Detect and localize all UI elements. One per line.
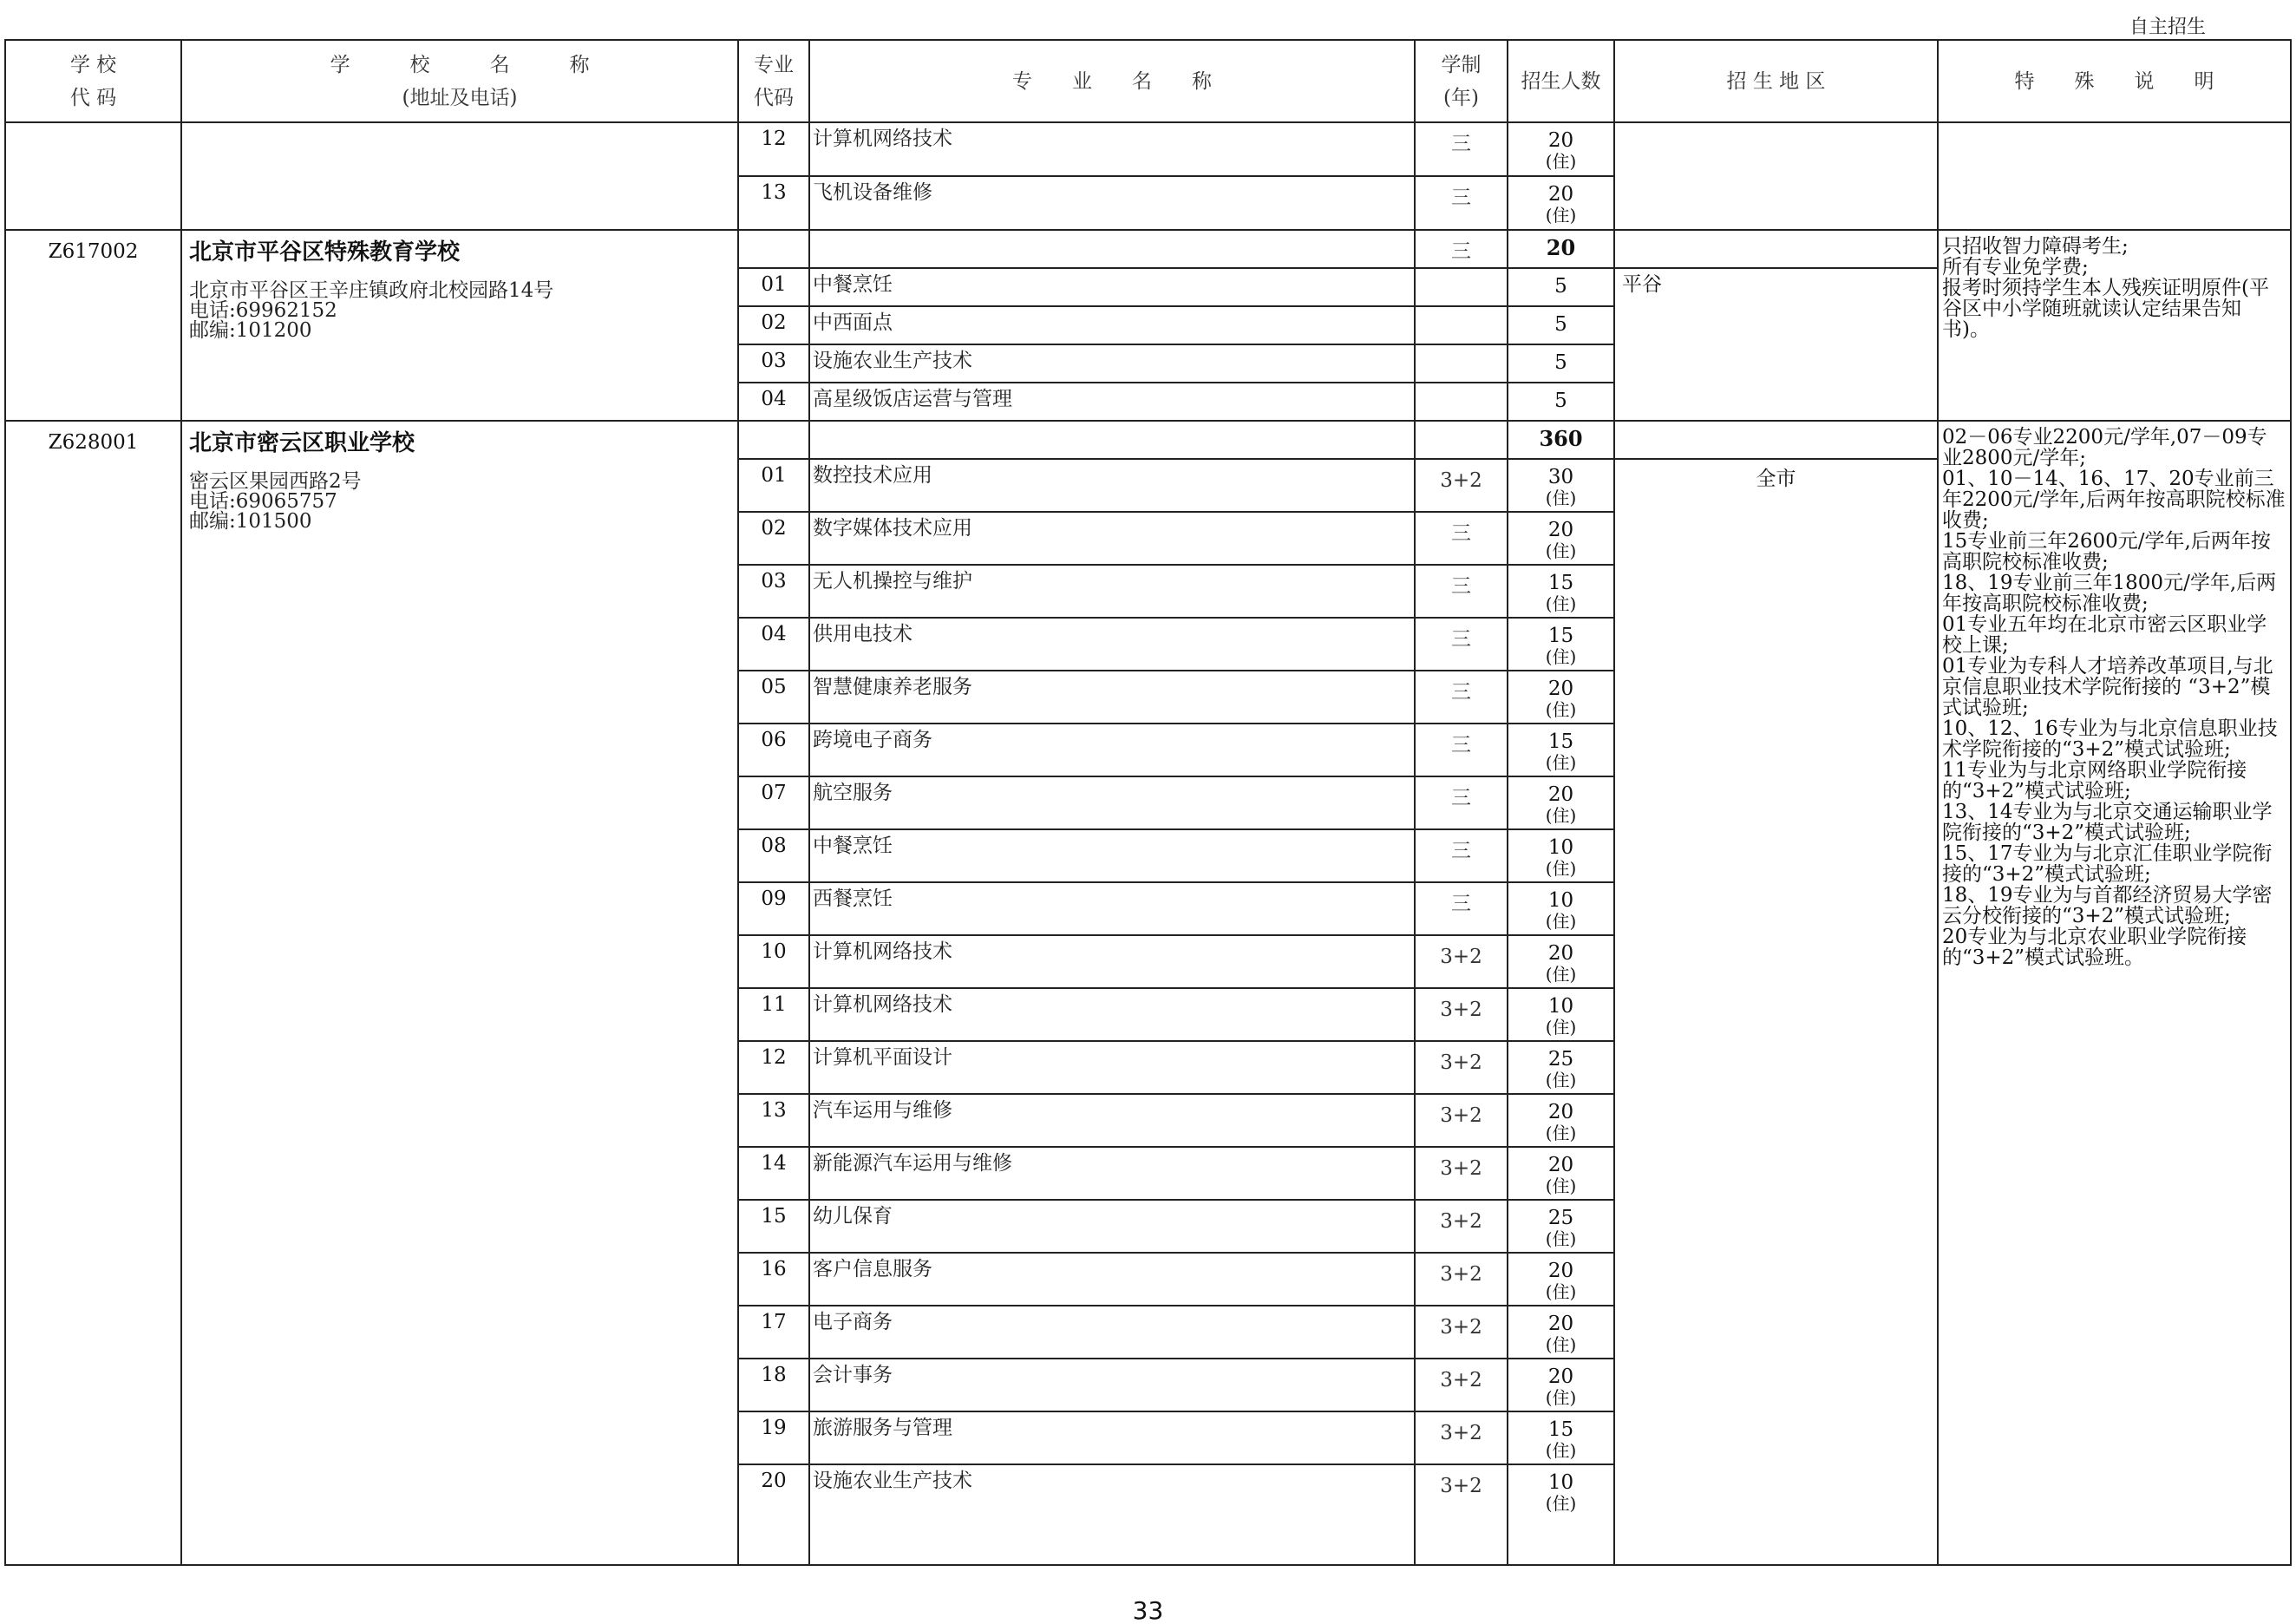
school-postcode: 邮编:101500 (189, 512, 730, 532)
major-name: 旅游服务与管理 (809, 1411, 1415, 1464)
enrollment-cell: 25(住) (1508, 1041, 1614, 1094)
school-code-cell (5, 122, 181, 230)
note-line: 02－06专业2200元/学年,07－09专业2800元/学年; (1942, 427, 2286, 468)
major-name: 中餐烹饪 (809, 829, 1415, 882)
enrollment-count: 25 (1548, 1207, 1573, 1229)
school-info: 北京市密云区职业学校密云区果园西路2号电话:69065757邮编:101500 (181, 421, 738, 1565)
enrollment-cell: 10(住) (1508, 882, 1614, 935)
enrollment-count: 20 (1548, 1365, 1573, 1388)
enrollment-count: 20 (1548, 1313, 1573, 1335)
note-line: 所有专业免学费; (1942, 257, 2286, 278)
enrollment-cell: 20(住) (1508, 176, 1614, 230)
enrollment-count: 20 (1548, 783, 1573, 806)
enrollment-cell: 20(住) (1508, 1094, 1614, 1147)
major-name: 客户信息服务 (809, 1253, 1415, 1306)
boarding-mark: (住) (1508, 752, 1613, 773)
major-code: 19 (738, 1411, 809, 1464)
enrollment-count: 10 (1548, 995, 1573, 1018)
enrollment-count: 10 (1548, 1471, 1573, 1494)
boarding-mark: (住) (1508, 858, 1613, 879)
duration: 三 (1415, 618, 1508, 671)
major-code: 05 (738, 671, 809, 724)
major-name: 计算机网络技术 (809, 122, 1415, 176)
duration: 3+2 (1415, 1359, 1508, 1411)
enrollment-cell: 15(住) (1508, 565, 1614, 618)
duration: 3+2 (1415, 1411, 1508, 1464)
boarding-mark: (住) (1508, 1017, 1613, 1038)
enrollment-count: 15 (1548, 730, 1573, 753)
header-duration: 学制(年) (1415, 40, 1508, 122)
note-line: 15、17专业为与北京汇佳职业学院衔接的“3+2”模式试验班; (1942, 843, 2286, 885)
enrollment-count: 20 (1548, 129, 1573, 152)
enrollment-count: 10 (1548, 836, 1573, 859)
major-name: 数字媒体技术应用 (809, 512, 1415, 565)
boarding-mark: (住) (1508, 1175, 1613, 1196)
enrollment-cell: 5 (1508, 268, 1614, 306)
duration: 3+2 (1415, 1147, 1508, 1200)
note-line: 11专业为与北京网络职业学院衔接的“3+2”模式试验班; (1942, 760, 2286, 802)
enrollment-cell: 20(住) (1508, 935, 1614, 988)
enrollment-cell: 5 (1508, 344, 1614, 383)
notes-cell (1938, 122, 2291, 230)
enrollment-count: 30 (1548, 466, 1573, 488)
major-code: 16 (738, 1253, 809, 1306)
major-code: 17 (738, 1306, 809, 1359)
header-major-code: 专业代码 (738, 40, 809, 122)
school-total-row: Z617002北京市平谷区特殊教育学校北京市平谷区王辛庄镇政府北校园路14号电话… (5, 230, 2291, 268)
enrollment-cell: 15(住) (1508, 1411, 1614, 1464)
enrollment-cell: 20(住) (1508, 671, 1614, 724)
boarding-mark: (住) (1508, 540, 1613, 561)
header-region: 招 生 地 区 (1614, 40, 1938, 122)
major-name: 电子商务 (809, 1306, 1415, 1359)
major-name: 汽车运用与维修 (809, 1094, 1415, 1147)
enrollment-cell: 25(住) (1508, 1200, 1614, 1253)
boarding-mark: (住) (1508, 1281, 1613, 1302)
boarding-mark: (住) (1508, 1387, 1613, 1408)
major-code: 02 (738, 512, 809, 565)
duration: 三 (1415, 512, 1508, 565)
school-address-block: 密云区果园西路2号电话:69065757邮编:101500 (189, 472, 730, 532)
duration: 三 (1415, 776, 1508, 829)
total-enrollment: 360 (1539, 426, 1582, 451)
duration: 3+2 (1415, 1200, 1508, 1253)
school-name: 北京市平谷区特殊教育学校 (189, 239, 730, 265)
school-address: 密云区果园西路2号 (189, 472, 730, 492)
major-code: 20 (738, 1464, 809, 1565)
duration: 3+2 (1415, 1094, 1508, 1147)
boarding-mark: (住) (1508, 205, 1613, 226)
enrollment-count: 15 (1548, 1418, 1573, 1441)
enrollment-cell: 5 (1508, 383, 1614, 421)
boarding-mark: (住) (1508, 1493, 1613, 1514)
major-code: 09 (738, 882, 809, 935)
major-name: 供用电技术 (809, 618, 1415, 671)
major-code: 13 (738, 1094, 809, 1147)
major-name-empty (809, 230, 1415, 268)
school-name-cell (181, 122, 738, 230)
enrollment-cell: 30(住) (1508, 459, 1614, 512)
school-phone: 电话:69962152 (189, 301, 730, 321)
total-enrollment: 20 (1547, 235, 1575, 260)
category-label: 自主招生 (2129, 12, 2206, 39)
note-line: 15专业前三年2600元/学年,后两年按高职院校标准收费; (1942, 531, 2286, 573)
major-name: 数控技术应用 (809, 459, 1415, 512)
enrollment-cell: 20(住) (1508, 776, 1614, 829)
major-name: 中餐烹饪 (809, 268, 1415, 306)
major-name: 智慧健康养老服务 (809, 671, 1415, 724)
duration: 三 (1415, 176, 1508, 230)
total-duration (1415, 421, 1508, 459)
enrollment-count: 10 (1548, 889, 1573, 912)
enrollment-count: 15 (1548, 625, 1573, 647)
enrollment-cell: 15(住) (1508, 724, 1614, 776)
major-code: 14 (738, 1147, 809, 1200)
enrollment-count: 20 (1548, 1154, 1573, 1176)
boarding-mark: (住) (1508, 1123, 1613, 1143)
duration (1415, 344, 1508, 383)
header-school-code: 学 校代 码 (5, 40, 181, 122)
enrollment-count: 15 (1548, 572, 1573, 594)
note-line: 18、19专业前三年1800元/学年,后两年按高职院校标准收费; (1942, 573, 2286, 614)
major-code: 01 (738, 268, 809, 306)
region: 全市 (1614, 459, 1938, 1565)
major-code-empty (738, 421, 809, 459)
enrollment-cell: 20(住) (1508, 1359, 1614, 1411)
major-name: 计算机平面设计 (809, 1041, 1415, 1094)
enrollment-cell: 20(住) (1508, 1306, 1614, 1359)
major-name: 计算机网络技术 (809, 935, 1415, 988)
duration: 3+2 (1415, 459, 1508, 512)
note-line: 18、19专业为与首都经济贸易大学密云分校衔接的“3+2”模式试验班; (1942, 885, 2286, 927)
boarding-mark: (住) (1508, 1070, 1613, 1090)
header-major-name: 专 业 名 称 (809, 40, 1415, 122)
school-phone: 电话:69065757 (189, 492, 730, 512)
major-code: 10 (738, 935, 809, 988)
major-name: 会计事务 (809, 1359, 1415, 1411)
school-code: Z617002 (5, 230, 181, 421)
boarding-mark: (住) (1508, 488, 1613, 508)
major-code: 13 (738, 176, 809, 230)
duration: 3+2 (1415, 988, 1508, 1041)
major-code: 04 (738, 618, 809, 671)
region: 平谷 (1614, 268, 1938, 421)
major-name: 幼儿保育 (809, 1200, 1415, 1253)
boarding-mark: (住) (1508, 1228, 1613, 1249)
major-name: 新能源汽车运用与维修 (809, 1147, 1415, 1200)
school-total-row: Z628001北京市密云区职业学校密云区果园西路2号电话:69065757邮编:… (5, 421, 2291, 459)
duration: 3+2 (1415, 1253, 1508, 1306)
enrollment-count: 20 (1548, 183, 1573, 206)
major-code: 07 (738, 776, 809, 829)
enrollment-cell: 20(住) (1508, 1253, 1614, 1306)
enrollment-count: 5 (1554, 351, 1567, 374)
duration: 3+2 (1415, 1306, 1508, 1359)
enrollment-count: 20 (1548, 519, 1573, 541)
boarding-mark: (住) (1508, 964, 1613, 985)
enrollment-cell: 15(住) (1508, 618, 1614, 671)
header-school-name: 学 校 名 称(地址及电话) (181, 40, 738, 122)
boarding-mark: (住) (1508, 646, 1613, 667)
duration (1415, 268, 1508, 306)
school-postcode: 邮编:101200 (189, 321, 730, 341)
total-enrollment-cell: 20 (1508, 230, 1614, 268)
duration: 三 (1415, 724, 1508, 776)
boarding-mark: (住) (1508, 151, 1613, 172)
school-address: 北京市平谷区王辛庄镇政府北校园路14号 (189, 281, 730, 301)
duration (1415, 383, 1508, 421)
enrollment-count: 5 (1554, 275, 1567, 298)
note-line: 10、12、16专业为与北京信息职业技术学院衔接的“3+2”模式试验班; (1942, 718, 2286, 760)
total-enrollment-cell: 360 (1508, 421, 1614, 459)
school-info: 北京市平谷区特殊教育学校北京市平谷区王辛庄镇政府北校园路14号电话:699621… (181, 230, 738, 421)
major-name: 设施农业生产技术 (809, 344, 1415, 383)
duration: 3+2 (1415, 1041, 1508, 1094)
major-code: 01 (738, 459, 809, 512)
duration: 三 (1415, 671, 1508, 724)
note-line: 20专业为与北京农业职业学院衔接的“3+2”模式试验班。 (1942, 927, 2286, 968)
note-line: 01专业为专科人才培养改革项目,与北京信息职业技术学院衔接的 “3+2”模式试验… (1942, 656, 2286, 718)
major-code: 18 (738, 1359, 809, 1411)
enrollment-cell: 10(住) (1508, 988, 1614, 1041)
enrollment-cell: 20(住) (1508, 122, 1614, 176)
major-name: 飞机设备维修 (809, 176, 1415, 230)
duration: 3+2 (1415, 935, 1508, 988)
major-code: 12 (738, 122, 809, 176)
major-name-empty (809, 421, 1415, 459)
major-code: 03 (738, 565, 809, 618)
boarding-mark: (住) (1508, 699, 1613, 720)
note-line: 报考时须持学生本人残疾证明原件(平谷区中小学随班就读认定结果告知书)。 (1942, 278, 2286, 340)
major-name: 计算机网络技术 (809, 988, 1415, 1041)
header-enrollment: 招生人数 (1508, 40, 1614, 122)
region-empty (1614, 230, 1938, 268)
enrollment-cell: 20(住) (1508, 512, 1614, 565)
duration (1415, 306, 1508, 344)
enrollment-cell: 20(住) (1508, 1147, 1614, 1200)
major-name: 西餐烹饪 (809, 882, 1415, 935)
enrollment-count: 5 (1554, 390, 1567, 412)
note-line: 01、10－14、16、17、20专业前三年2200元/学年,后两年按高职院校标… (1942, 468, 2286, 531)
total-duration: 三 (1415, 230, 1508, 268)
major-code-empty (738, 230, 809, 268)
table-row: 12计算机网络技术三20(住) (5, 122, 2291, 176)
duration: 三 (1415, 122, 1508, 176)
enrollment-cell: 10(住) (1508, 829, 1614, 882)
note-line: 01专业五年均在北京市密云区职业学校上课; (1942, 614, 2286, 656)
major-code: 02 (738, 306, 809, 344)
special-notes: 只招收智力障碍考生;所有专业免学费;报考时须持学生本人残疾证明原件(平谷区中小学… (1938, 230, 2291, 421)
note-line: 只招收智力障碍考生; (1942, 236, 2286, 257)
boarding-mark: (住) (1508, 911, 1613, 932)
note-line: 13、14专业为与北京交通运输职业学院衔接的“3+2”模式试验班; (1942, 802, 2286, 843)
enrollment-count: 20 (1548, 1260, 1573, 1282)
boarding-mark: (住) (1508, 1440, 1613, 1461)
major-name: 航空服务 (809, 776, 1415, 829)
special-notes: 02－06专业2200元/学年,07－09专业2800元/学年;01、10－14… (1938, 421, 2291, 1565)
region-cell (1614, 122, 1938, 230)
enrollment-cell: 10(住) (1508, 1464, 1614, 1565)
major-code: 15 (738, 1200, 809, 1253)
region-empty (1614, 421, 1938, 459)
table-header-row: 学 校代 码 学 校 名 称(地址及电话) 专业代码 专 业 名 称 学制(年)… (5, 40, 2291, 122)
major-name: 无人机操控与维护 (809, 565, 1415, 618)
major-code: 08 (738, 829, 809, 882)
page-number: 33 (0, 1596, 2296, 1624)
duration: 3+2 (1415, 1464, 1508, 1565)
duration: 三 (1415, 882, 1508, 935)
boarding-mark: (住) (1508, 1334, 1613, 1355)
enrollment-count: 20 (1548, 1101, 1573, 1123)
enrollment-count: 25 (1548, 1048, 1573, 1071)
admissions-table: 学 校代 码 学 校 名 称(地址及电话) 专业代码 专 业 名 称 学制(年)… (4, 39, 2292, 1566)
major-name: 高星级饭店运营与管理 (809, 383, 1415, 421)
enrollment-count: 20 (1548, 678, 1573, 700)
duration: 三 (1415, 829, 1508, 882)
school-name: 北京市密云区职业学校 (189, 430, 730, 456)
major-name: 跨境电子商务 (809, 724, 1415, 776)
major-code: 12 (738, 1041, 809, 1094)
major-code: 03 (738, 344, 809, 383)
major-code: 11 (738, 988, 809, 1041)
duration: 三 (1415, 565, 1508, 618)
school-address-block: 北京市平谷区王辛庄镇政府北校园路14号电话:69962152邮编:101200 (189, 281, 730, 341)
header-notes: 特 殊 说 明 (1938, 40, 2291, 122)
boarding-mark: (住) (1508, 805, 1613, 826)
enrollment-count: 5 (1554, 313, 1567, 336)
major-name: 中西面点 (809, 306, 1415, 344)
major-name: 设施农业生产技术 (809, 1464, 1415, 1565)
school-code: Z628001 (5, 421, 181, 1565)
boarding-mark: (住) (1508, 593, 1613, 614)
enrollment-cell: 5 (1508, 306, 1614, 344)
major-code: 04 (738, 383, 809, 421)
major-code: 06 (738, 724, 809, 776)
enrollment-count: 20 (1548, 942, 1573, 965)
